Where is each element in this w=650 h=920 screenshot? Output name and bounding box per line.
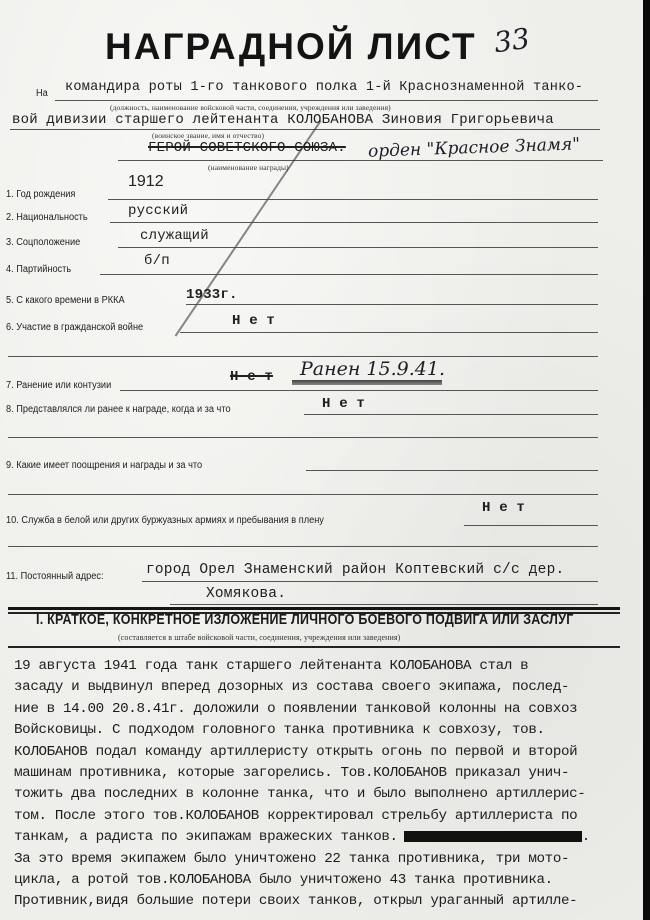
field-value-address-line2: Хомякова. [206,586,286,602]
field-line-11b [170,604,598,605]
award-handwritten: орден "Красное Знамя" [368,134,581,161]
section-caption: (составляется в штабе войсковой части, с… [118,633,400,642]
field-line-2 [110,222,598,223]
scan-edge [643,0,650,920]
field-handwritten-wounds: Ранен 15.9.41. [300,358,445,380]
field-line-4 [100,274,598,275]
narrative-line-with-redaction: танкам, а радиста по экипажам вражеских … [14,827,643,848]
handwritten-underline [292,380,442,385]
field-line-7 [120,390,598,391]
field-value-birth-year: 1912 [128,173,164,191]
narrative-line: засаду и выдвинул вперед дозорных из сос… [14,677,643,698]
award-sheet-page: НАГРАДНОЙ ЛИСТ 33 На командира роты 1-го… [0,0,643,920]
field-value-civil-war: Н е т [232,313,275,329]
award-caption: (наименование награды) [208,163,289,172]
narrative-line: тожить два последних в колонне танка, чт… [14,784,643,805]
narrative-line: танкам, а радиста по экипажам вражеских … [14,829,398,845]
field-line-9 [306,470,598,471]
position-underline-2 [10,129,600,130]
field-line-6 [180,332,598,333]
position-line-1: командира роты 1-го танкового полка 1-й … [65,80,583,95]
narrative-line: цикла, а ротой тов.КОЛОБАНОВА было уничт… [14,870,643,891]
award-typed: ГЕРОЙ СОВЕТСКОГО СОЮЗА. [148,140,346,156]
section-rule-bottom [8,646,620,648]
narrative-line: машинам противника, которые загорелись. … [14,763,643,784]
to-prefix: На [36,88,48,99]
narrative-line: ние в 14.00 20.8.41г. доложили о появлен… [14,699,643,720]
field-label-birth-year: 1. Год рождения [6,189,75,200]
position-underline-1 [55,100,598,101]
position-caption: (должность, наименование войсковой части… [110,103,391,112]
field-line-9b [8,494,598,495]
field-value-party: б/п [144,253,170,269]
section-title: I. КРАТКОЕ, КОНКРЕТНОЕ ИЗЛОЖЕНИЕ ЛИЧНОГО… [36,612,574,628]
field-line-1 [108,199,598,200]
field-label-prior-awards: 8. Представлялся ли ранее к награде, ког… [6,404,231,415]
field-line-10 [464,525,598,526]
field-label-party: 4. Партийность [6,264,71,275]
redaction-bar [404,831,582,842]
field-value-social-status: служащий [140,228,209,244]
field-label-rkka-since: 5. С какого времени в РККА [6,295,125,306]
narrative-line: 19 августа 1941 года танк старшего лейте… [14,656,643,677]
narrative-line: том. После этого тов.КОЛОБАНОВ корректир… [14,806,643,827]
section-rule-top [8,607,620,610]
document-title: НАГРАДНОЙ ЛИСТ [105,26,477,68]
field-label-social-status: 3. Соцположение [6,237,80,248]
field-label-white-army: 10. Служба в белой или других буржуазных… [6,515,324,526]
position-line-2: вой дивизии старшего лейтенанта КОЛОБАНО… [12,112,554,128]
field-line-10b [8,546,598,547]
field-value-prior-awards: Н е т [322,396,365,412]
narrative-line: За это время экипажем было уничтожено 22… [14,849,643,870]
field-label-incentives: 9. Какие имеет поощрения и награды и за … [6,460,202,471]
field-value-nationality: русский [128,203,188,219]
field-line-3 [118,247,598,248]
award-underline [118,160,603,161]
field-label-civil-war: 6. Участие в гражданской войне [6,322,143,333]
field-label-nationality: 2. Национальность [6,212,88,223]
field-value-white-army: Н е т [482,500,525,516]
field-line-11 [142,581,598,582]
narrative-line: КОЛОБАНОВ подал команду артиллеристу отк… [14,742,643,763]
field-line-8b [8,437,598,438]
narrative-line: Противник,видя большие потери своих танк… [14,891,643,912]
field-label-address: 11. Постоянный адрес: [6,571,104,582]
field-value-address: город Орел Знаменский район Коптевский с… [146,562,564,578]
name-caption: (воинское звание, имя и отчество) [152,131,264,140]
field-line-6b [8,356,598,357]
archive-mark-handwritten: 33 [492,22,532,60]
field-line-8 [304,414,598,415]
narrative-line: Войсковицы. С подходом головного танка п… [14,720,643,741]
field-line-5 [186,304,598,305]
field-value-rkka-since: 1933г. [186,287,238,303]
narrative-text: 19 августа 1941 года танк старшего лейте… [14,656,643,913]
field-value-wounds: Н е т [230,369,273,385]
field-label-wounds: 7. Ранение или контузии [6,380,111,391]
